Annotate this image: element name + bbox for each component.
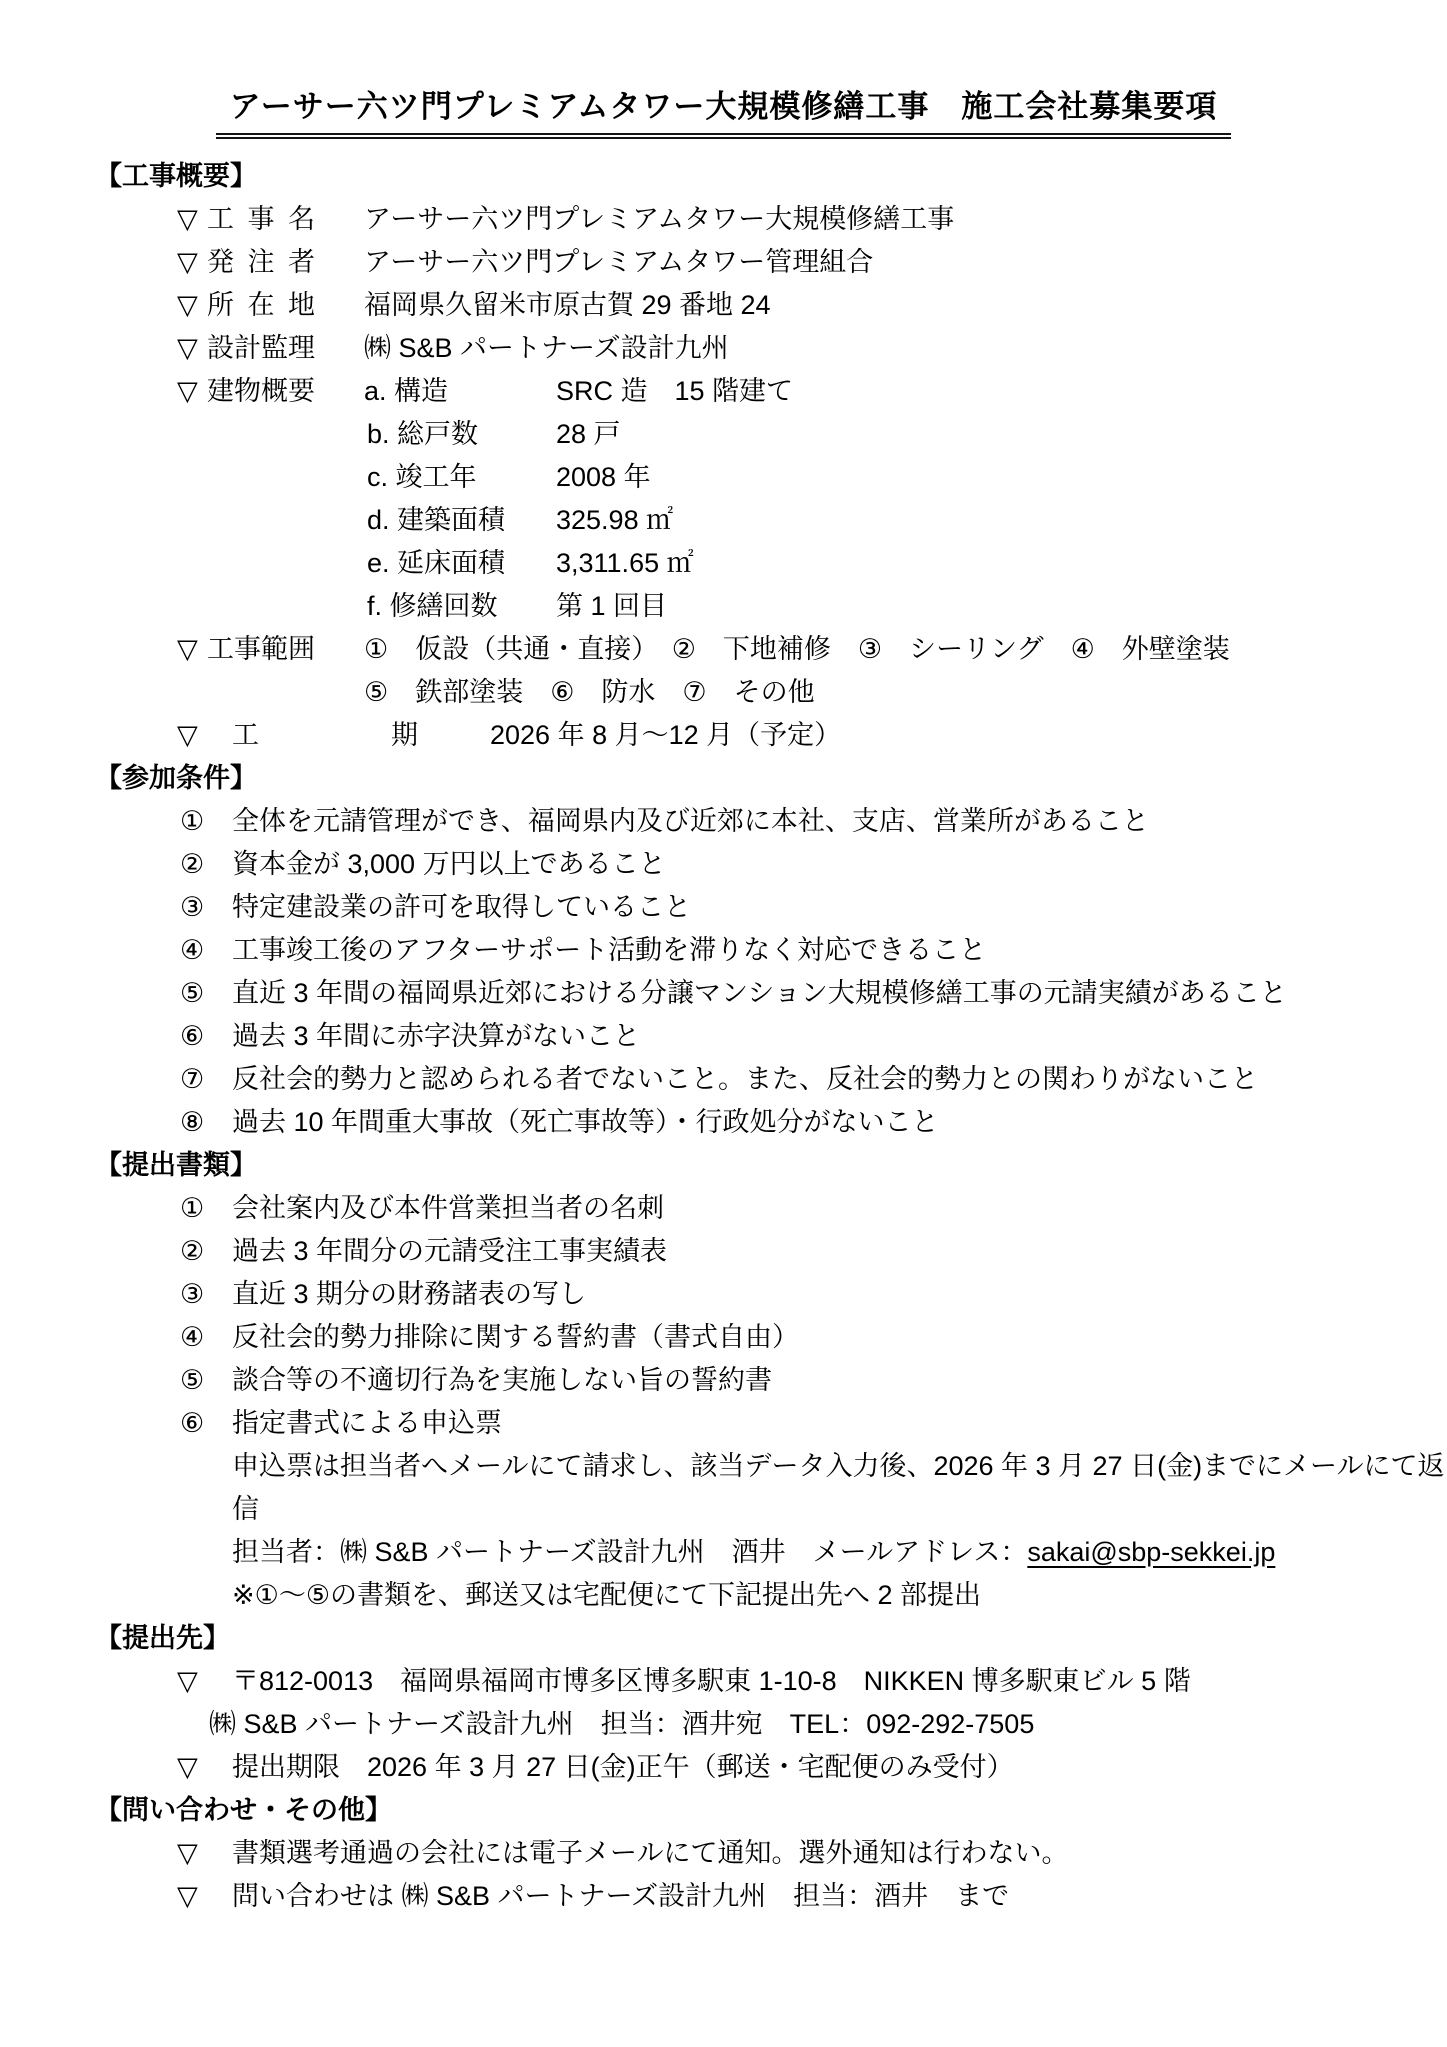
item-text: 工事竣工後のアフターサポート活動を滞りなく対応できること	[232, 929, 986, 972]
condition-item: ④ 工事竣工後のアフターサポート活動を滞りなく対応できること	[0, 929, 1447, 972]
triangle-marker-icon: ▽	[177, 284, 207, 327]
field-label: 建物概要	[207, 370, 315, 413]
item-number: ①	[180, 800, 232, 843]
field-value: ㈱ S&B パートナーズ設計九州	[364, 327, 729, 370]
triangle-marker-icon: ▽	[177, 370, 207, 413]
document-page: アーサー六ツ門プレミアムタワー大規模修繕工事 施工会社募集要項 【工事概要】 ▽…	[0, 0, 1447, 2047]
section-heading-overview: 【工事概要】	[0, 155, 1447, 198]
item-number: ⑥	[180, 1402, 232, 1445]
field-value: アーサー六ツ門プレミアムタワー管理組合	[364, 241, 873, 284]
triangle-marker-icon: ▽	[177, 198, 207, 241]
field-label: 工事範囲	[207, 628, 315, 671]
kv-row-project-name: ▽ 工事名 アーサー六ツ門プレミアムタワー大規模修繕工事	[0, 198, 1447, 241]
document-item: ② 過去 3 年間分の元請受注工事実績表	[0, 1230, 1447, 1273]
spec-row-structure: a. 構造 SRC 造 15 階建て	[364, 370, 793, 413]
spec-row-units: b. 総戸数 28 戸	[0, 413, 1447, 456]
triangle-marker-icon: ▽	[177, 1832, 232, 1875]
spec-value: SRC 造 15 階建て	[556, 370, 793, 413]
section-heading-documents: 【提出書類】	[0, 1144, 1447, 1187]
inquiry-text: 書類選考通過の会社には電子メールにて通知。選外通知は行わない。	[232, 1832, 1068, 1875]
spec-value: 2008 年	[556, 456, 651, 499]
field-label: 発注者	[207, 241, 315, 284]
item-text: 談合等の不適切行為を実施しない旨の誓約書	[232, 1359, 772, 1402]
field-label: 設計監理	[207, 327, 315, 370]
section-heading-destination: 【提出先】	[0, 1617, 1447, 1660]
spec-value: 第 1 回目	[556, 585, 667, 628]
submission-note: ※①～⑤の書類を、郵送又は宅配便にて下記提出先へ 2 部提出	[0, 1574, 1447, 1617]
triangle-marker-icon: ▽	[177, 714, 207, 757]
triangle-marker-icon: ▽	[177, 1875, 232, 1918]
condition-item: ① 全体を元請管理ができ、福岡県内及び近郊に本社、支店、営業所があること	[0, 800, 1447, 843]
destination-address-row: ▽ 〒812-0013 福岡県福岡市博多区博多駅東 1-10-8 NIKKEN …	[0, 1660, 1447, 1703]
title-row: アーサー六ツ門プレミアムタワー大規模修繕工事 施工会社募集要項	[0, 86, 1447, 139]
item-text: 特定建設業の許可を取得していること	[232, 886, 691, 929]
item-text: 反社会的勢力排除に関する誓約書（書式自由）	[232, 1316, 799, 1359]
application-note: 申込票は担当者へメールにて請求し、該当データ入力後、2026 年 3 月 27 …	[0, 1445, 1447, 1531]
inquiry-row: ▽ 問い合わせは ㈱ S&B パートナーズ設計九州 担当：酒井 まで	[0, 1875, 1447, 1918]
item-number: ⑥	[180, 1015, 232, 1058]
item-text: 指定書式による申込票	[232, 1402, 502, 1445]
spec-key: c. 竣工年	[367, 456, 556, 499]
spec-key: d. 建築面積	[367, 499, 556, 542]
contact-email-link[interactable]: sakai@sbp-sekkei.jp	[1027, 1537, 1275, 1567]
section-heading-conditions: 【参加条件】	[0, 757, 1447, 800]
kv-row-building-overview: ▽ 建物概要 a. 構造 SRC 造 15 階建て	[0, 370, 1447, 413]
spec-row-repair-count: f. 修繕回数 第 1 回目	[0, 585, 1447, 628]
document-item: ⑤ 談合等の不適切行為を実施しない旨の誓約書	[0, 1359, 1447, 1402]
spec-value: 325.98 ㎡	[556, 499, 673, 542]
triangle-marker-icon: ▽	[177, 628, 207, 671]
inquiry-text: 問い合わせは ㈱ S&B パートナーズ設計九州 担当：酒井 まで	[232, 1875, 1009, 1918]
item-text: 資本金が 3,000 万円以上であること	[232, 843, 666, 886]
item-number: ③	[180, 1273, 232, 1316]
spec-key: a. 構造	[364, 370, 556, 413]
triangle-marker-icon: ▽	[177, 1660, 232, 1703]
contact-prefix: 担当者：㈱ S&B パートナーズ設計九州 酒井 メールアドレス：	[232, 1537, 1027, 1567]
deadline-row: ▽ 提出期限 2026 年 3 月 27 日(金)正午（郵送・宅配便のみ受付）	[0, 1746, 1447, 1789]
item-text: 過去 3 年間に赤字決算がないこと	[232, 1015, 640, 1058]
kv-row-client: ▽ 発注者 アーサー六ツ門プレミアムタワー管理組合	[0, 241, 1447, 284]
spec-value: 3,311.65 ㎡	[556, 542, 694, 585]
triangle-marker-icon: ▽	[177, 1746, 232, 1789]
field-value: 2026 年 8 月～12 月（予定）	[490, 714, 841, 757]
item-text: 会社案内及び本件営業担当者の名刺	[232, 1187, 664, 1230]
destination-address-1: 〒812-0013 福岡県福岡市博多区博多駅東 1-10-8 NIKKEN 博多…	[232, 1660, 1191, 1703]
document-item: ④ 反社会的勢力排除に関する誓約書（書式自由）	[0, 1316, 1447, 1359]
contact-line: 担当者：㈱ S&B パートナーズ設計九州 酒井 メールアドレス：sakai@sb…	[0, 1531, 1447, 1574]
deadline-text: 提出期限 2026 年 3 月 27 日(金)正午（郵送・宅配便のみ受付）	[232, 1746, 1014, 1789]
kv-row-work-scope: ▽ 工事範囲 ① 仮設（共通・直接） ② 下地補修 ③ シーリング ④ 外壁塗装	[0, 628, 1447, 671]
spec-value: 28 戸	[556, 413, 621, 456]
field-label: 工事名	[207, 198, 315, 241]
item-text: 全体を元請管理ができ、福岡県内及び近郊に本社、支店、営業所があること	[232, 800, 1149, 843]
item-number: ⑤	[180, 972, 232, 1015]
item-text: 過去 3 年間分の元請受注工事実績表	[232, 1230, 667, 1273]
spec-row-floor-area: e. 延床面積 3,311.65 ㎡	[0, 542, 1447, 585]
item-number: ④	[180, 929, 232, 972]
section-heading-inquiry: 【問い合わせ・その他】	[0, 1789, 1447, 1832]
kv-row-period: ▽ 工期 2026 年 8 月～12 月（予定）	[0, 714, 1447, 757]
triangle-marker-icon: ▽	[177, 241, 207, 284]
field-value: 福岡県久留米市原古賀 29 番地 24	[364, 284, 771, 327]
item-text: 過去 10 年間重大事故（死亡事故等）・行政処分がないこと	[232, 1101, 939, 1144]
item-number: ④	[180, 1316, 232, 1359]
kv-row-design-supervision: ▽ 設計監理 ㈱ S&B パートナーズ設計九州	[0, 327, 1447, 370]
item-number: ①	[180, 1187, 232, 1230]
item-number: ⑦	[180, 1058, 232, 1101]
kv-row-location: ▽ 所在地 福岡県久留米市原古賀 29 番地 24	[0, 284, 1447, 327]
document-title: アーサー六ツ門プレミアムタワー大規模修繕工事 施工会社募集要項	[216, 86, 1232, 139]
spec-row-completion-year: c. 竣工年 2008 年	[0, 456, 1447, 499]
spec-key: f. 修繕回数	[367, 585, 556, 628]
field-label: 工期	[232, 714, 418, 757]
spec-row-building-area: d. 建築面積 325.98 ㎡	[0, 499, 1447, 542]
condition-item: ⑦ 反社会的勢力と認められる者でないこと。また、反社会的勢力との関わりがないこと	[0, 1058, 1447, 1101]
document-item: ① 会社案内及び本件営業担当者の名刺	[0, 1187, 1447, 1230]
item-text: 反社会的勢力と認められる者でないこと。また、反社会的勢力との関わりがないこと	[232, 1058, 1258, 1101]
item-text: 直近 3 年間の福岡県近郊における分譲マンション大規模修繕工事の元請実績があるこ…	[232, 972, 1287, 1015]
scope-line-1: ① 仮設（共通・直接） ② 下地補修 ③ シーリング ④ 外壁塗装	[364, 628, 1230, 671]
item-number: ②	[180, 1230, 232, 1273]
item-number: ⑧	[180, 1101, 232, 1144]
item-number: ②	[180, 843, 232, 886]
condition-item: ⑥ 過去 3 年間に赤字決算がないこと	[0, 1015, 1447, 1058]
condition-item: ⑧ 過去 10 年間重大事故（死亡事故等）・行政処分がないこと	[0, 1101, 1447, 1144]
field-label: 所在地	[207, 284, 315, 327]
spec-key: b. 総戸数	[367, 413, 556, 456]
condition-item: ② 資本金が 3,000 万円以上であること	[0, 843, 1447, 886]
destination-address-2: ㈱ S&B パートナーズ設計九州 担当：酒井宛 TEL：092-292-7505	[0, 1703, 1447, 1746]
condition-item: ⑤ 直近 3 年間の福岡県近郊における分譲マンション大規模修繕工事の元請実績があ…	[0, 972, 1447, 1015]
item-number: ⑤	[180, 1359, 232, 1402]
document-item: ⑥ 指定書式による申込票	[0, 1402, 1447, 1445]
spec-key: e. 延床面積	[367, 542, 556, 585]
triangle-marker-icon: ▽	[177, 327, 207, 370]
scope-line-2: ⑤ 鉄部塗装 ⑥ 防水 ⑦ その他	[0, 671, 1447, 714]
item-text: 直近 3 期分の財務諸表の写し	[232, 1273, 586, 1316]
item-number: ③	[180, 886, 232, 929]
document-item: ③ 直近 3 期分の財務諸表の写し	[0, 1273, 1447, 1316]
inquiry-row: ▽ 書類選考通過の会社には電子メールにて通知。選外通知は行わない。	[0, 1832, 1447, 1875]
condition-item: ③ 特定建設業の許可を取得していること	[0, 886, 1447, 929]
field-value: アーサー六ツ門プレミアムタワー大規模修繕工事	[364, 198, 954, 241]
